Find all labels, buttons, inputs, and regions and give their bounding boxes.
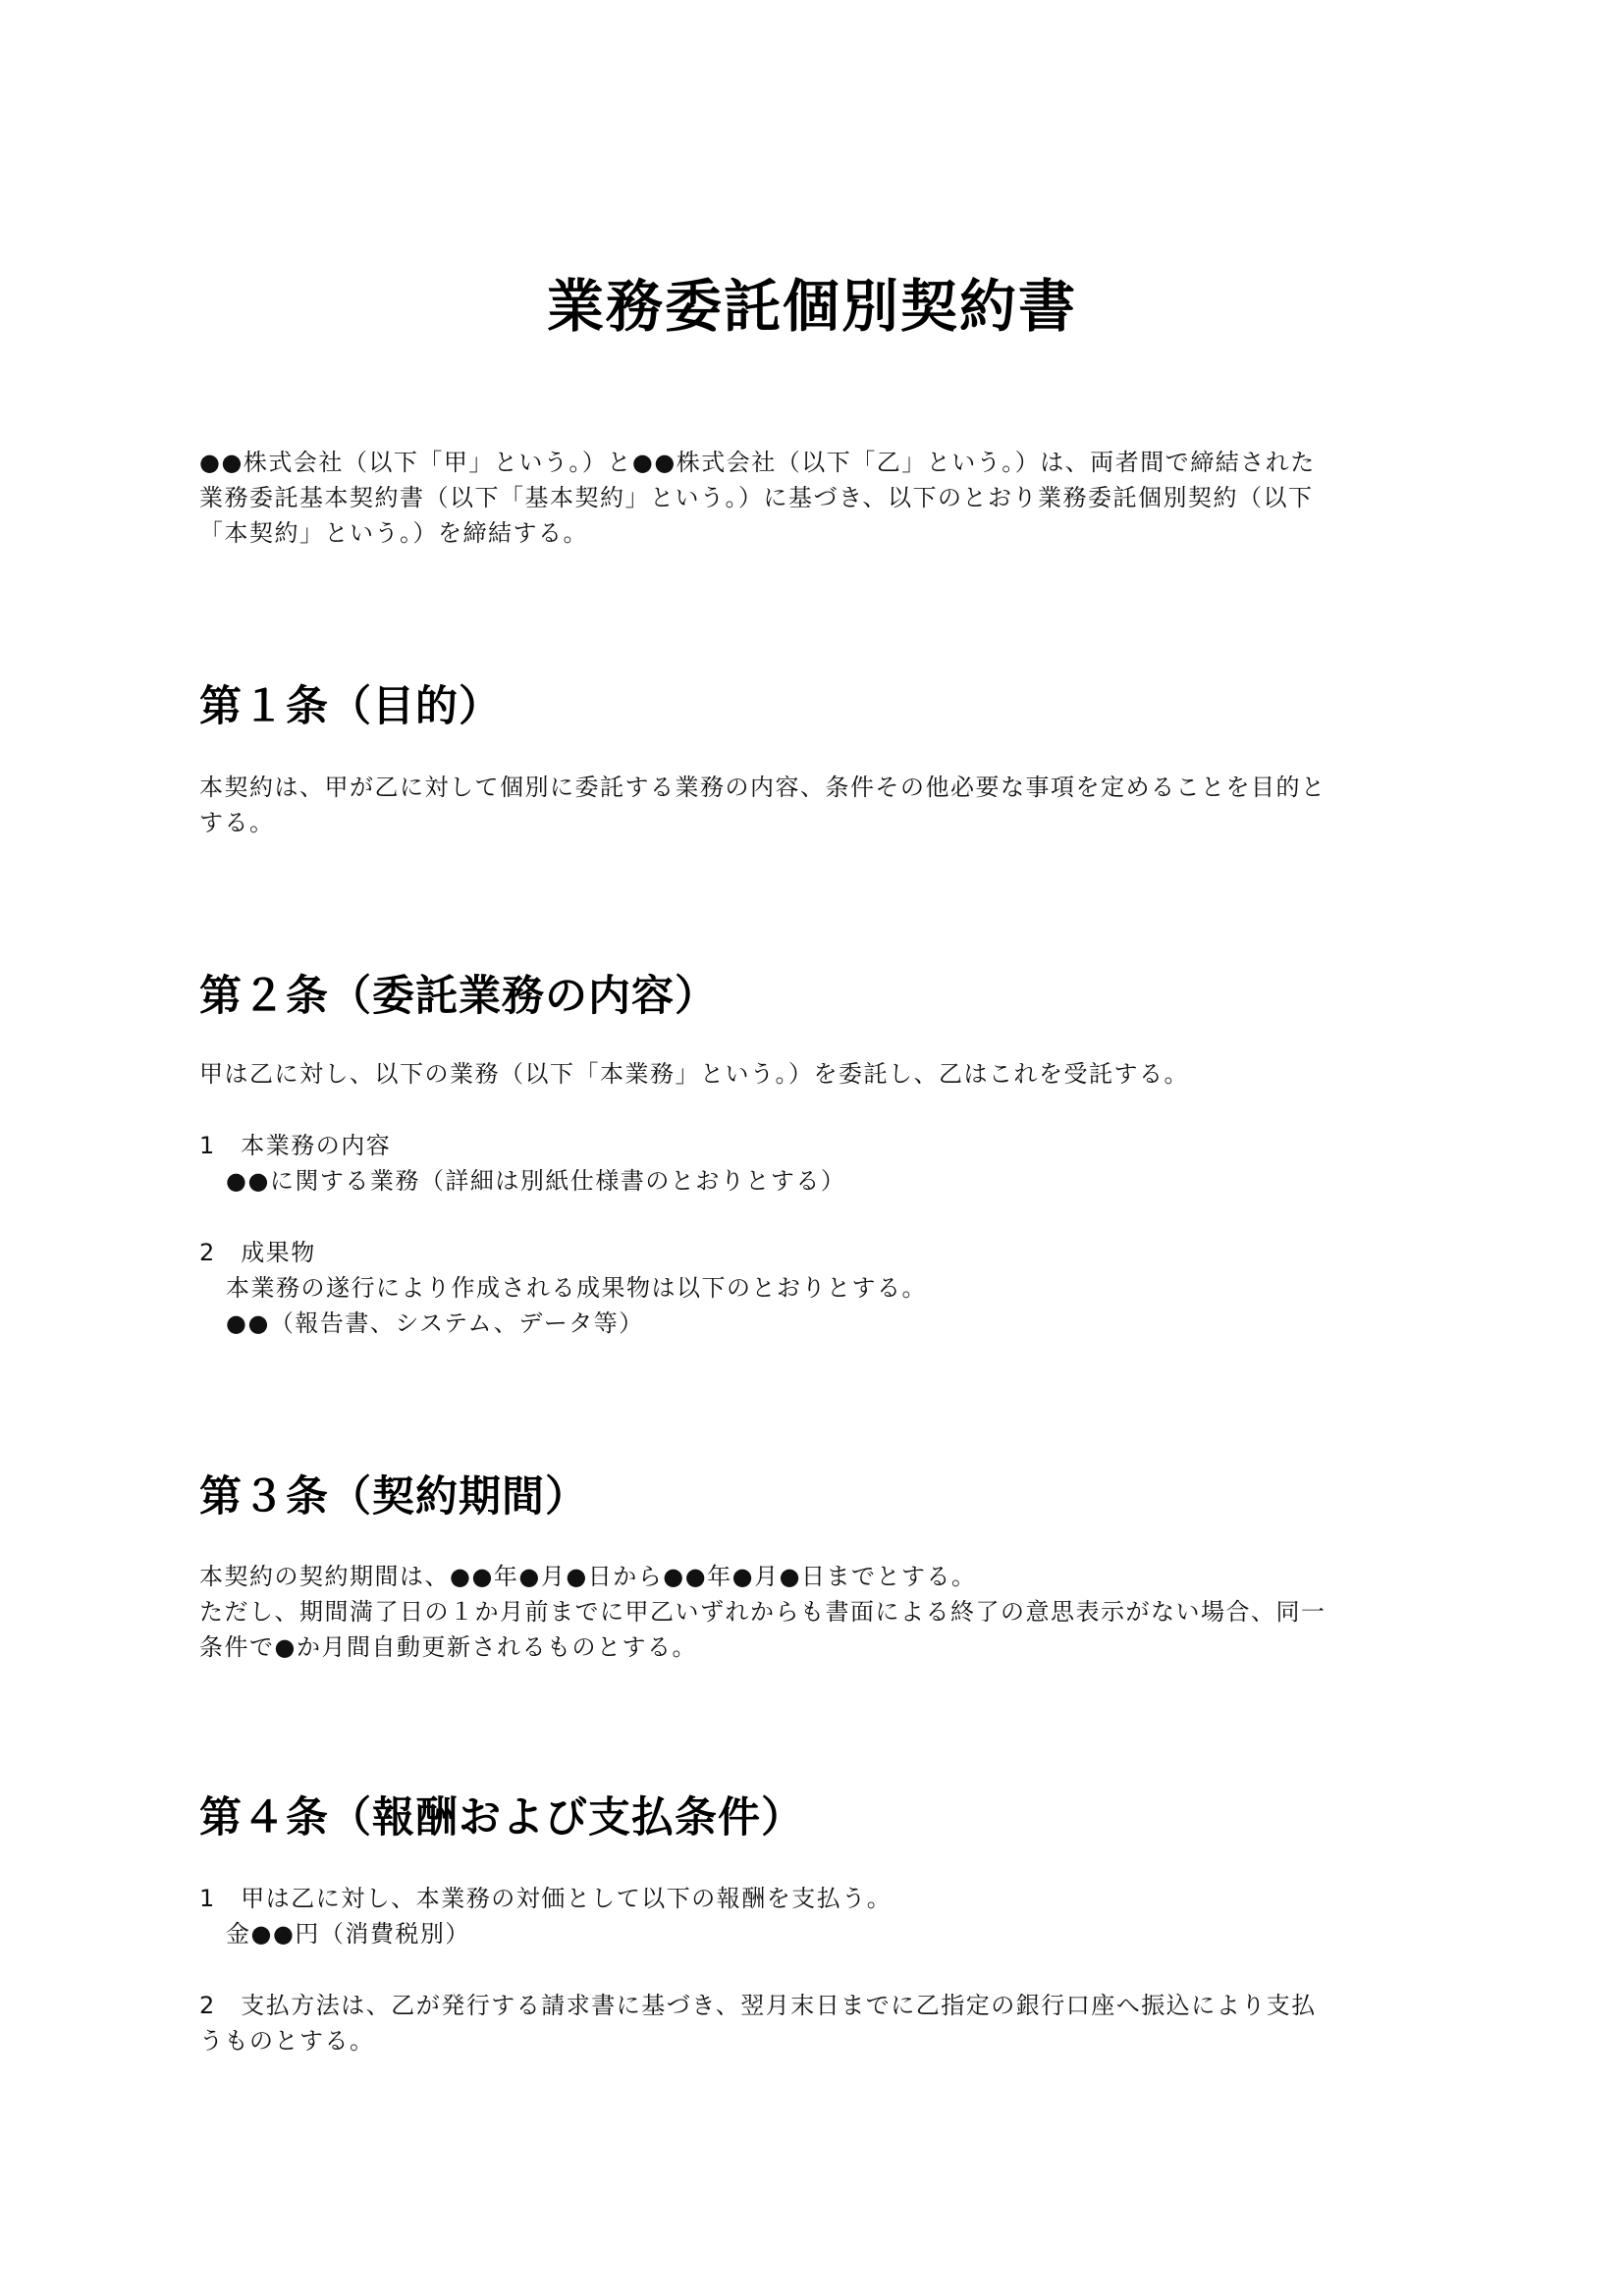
article-heading: 第３条（契約期間） bbox=[199, 1468, 588, 1526]
article-heading: 第２条（委託業務の内容） bbox=[199, 967, 718, 1026]
preamble-line: 業務委託基本契約書（以下「基本契約」という。）に基づき、以下のとおり業務委託個別… bbox=[199, 480, 1314, 515]
article-heading: 第１条（目的） bbox=[199, 677, 502, 736]
item-text: ●●（報告書、システム、データ等） bbox=[226, 1306, 644, 1341]
article-text: 条件で●か月間自動更新されるものとする。 bbox=[199, 1629, 697, 1665]
item-label: 1 甲は乙に対し、本業務の対価として以下の報酬を支払う。 bbox=[199, 1881, 892, 1916]
document-title: 業務委託個別契約書 bbox=[0, 267, 1624, 346]
item-label: 2 成果物 bbox=[199, 1235, 316, 1270]
article-intro: 甲は乙に対し、以下の業務（以下「本業務」という。）を委託し、乙はこれを受託する。 bbox=[199, 1056, 1189, 1092]
article-text: ただし、期間満了日の１か月前までに甲乙いずれからも書面による終了の意思表示がない… bbox=[199, 1594, 1326, 1629]
item-text: 金●●円（消費税別） bbox=[226, 1916, 470, 1951]
item-text: 本業務の遂行により作成される成果物は以下のとおりとする。 bbox=[226, 1270, 927, 1306]
article-text: 本契約は、甲が乙に対して個別に委託する業務の内容、条件その他必要な事項を定めるこ… bbox=[199, 770, 1326, 805]
preamble-line: 「本契約」という。）を締結する。 bbox=[199, 515, 588, 551]
preamble-line: ●●株式会社（以下「甲」という。）と●●株式会社（以下「乙」という。）は、両者間… bbox=[199, 445, 1316, 480]
item-label: 1 本業務の内容 bbox=[199, 1128, 391, 1163]
item-text: うものとする。 bbox=[199, 2023, 375, 2058]
item-text: ●●に関する業務（詳細は別紙仕様書のとおりとする） bbox=[226, 1163, 845, 1199]
item-label: 2 支払方法は、乙が発行する請求書に基づき、翌月末日までに乙指定の銀行口座へ振込… bbox=[199, 1988, 1317, 2023]
article-text: する。 bbox=[199, 805, 275, 840]
article-text: 本契約の契約期間は、●●年●月●日から●●年●月●日までとする。 bbox=[199, 1559, 977, 1594]
article-heading: 第４条（報酬および支払条件） bbox=[199, 1789, 804, 1847]
